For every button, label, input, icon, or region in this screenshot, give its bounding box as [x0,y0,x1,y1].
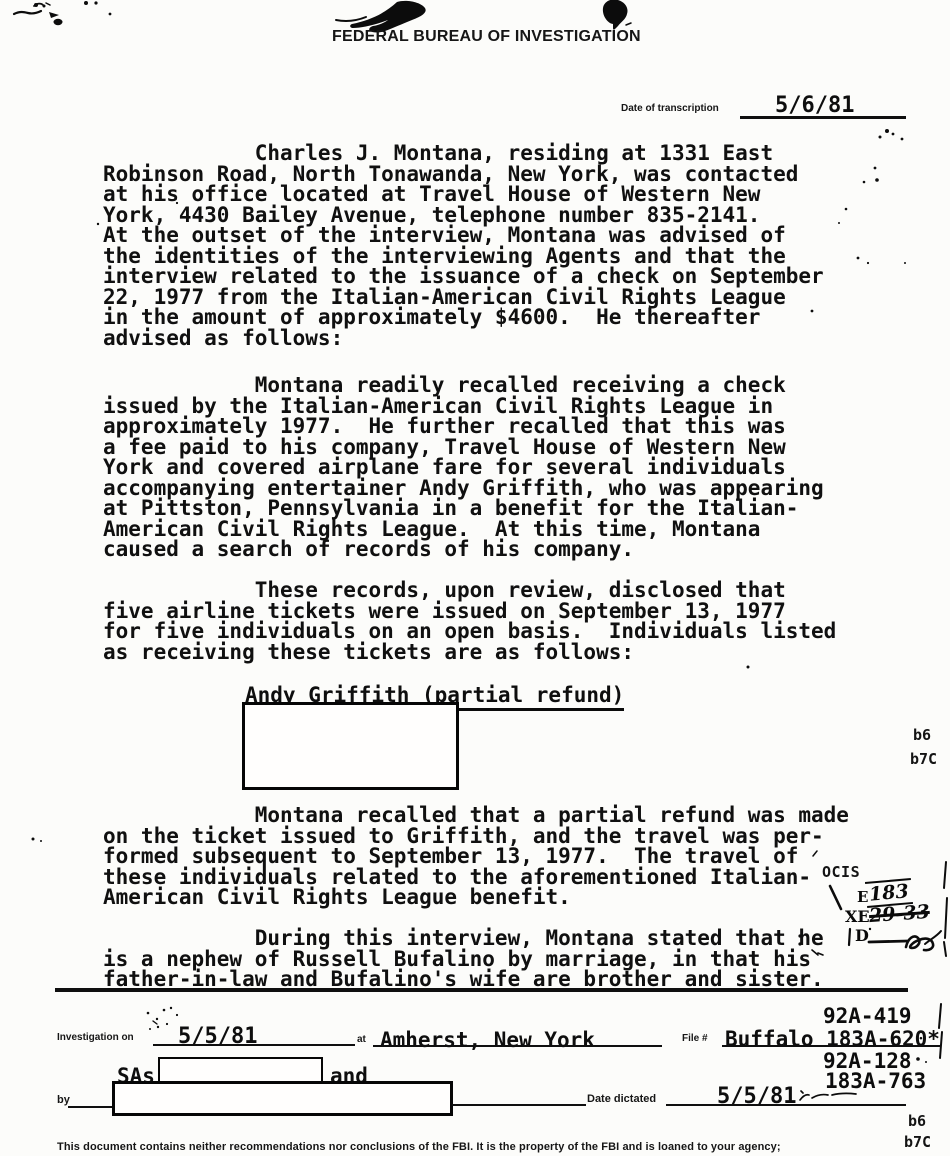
file-number-value: Buffalo 183A-620* [725,1027,940,1051]
transcription-field-underline [740,116,906,119]
date-dictated-underline [666,1104,906,1106]
by-label: by [57,1094,70,1106]
paragraph-bufalino-relation: During this interview, Montana stated th… [103,928,824,990]
exemption-code-b6-lower: b6 [908,1112,926,1130]
exemption-code-b7c-upper: b7C [910,750,937,768]
exemption-code-b6-upper: b6 [913,726,931,744]
paragraph-partial-refund: Montana recalled that a partial refund w… [103,805,849,908]
file-number-92a-419: 92A-419 [823,1004,912,1028]
paragraph-interview-intro: Charles J. Montana, residing at 1331 Eas… [103,143,824,348]
paragraph-check-recalled: Montana readily recalled receiving a che… [103,375,824,560]
handwritten-prefix-d: D [855,926,869,945]
at-label: at [357,1034,366,1045]
investigation-location-value: Amherst, New York [380,1028,595,1052]
date-of-transcription-label: Date of transcription [621,103,719,114]
footer-divider-rule [55,988,908,992]
agency-header-title: FEDERAL BUREAU OF INVESTIGATION [332,28,641,46]
ocis-stamp: OCIS [822,863,860,881]
handwritten-number-29-33: 29-33 [868,901,930,927]
by-field-underline-continuation [452,1104,586,1106]
file-number-183a-763: 183A-763 [825,1069,926,1093]
file-field-underline [722,1045,941,1047]
redaction-box-agent-1 [158,1057,323,1083]
footer-disclaimer: This document contains neither recommend… [57,1141,781,1153]
redaction-box-names [242,702,459,790]
paragraph-tickets-issued: These records, upon review, disclosed th… [103,580,836,662]
date-dictated-label: Date dictated [587,1093,656,1105]
file-number-label: File # [682,1033,708,1044]
by-field-underline [68,1106,112,1108]
fd302-document-page: FEDERAL BUREAU OF INVESTIGATION Date of … [0,0,950,1156]
investigation-on-label: Investigation on [57,1032,134,1043]
date-of-transcription-value: 5/6/81 [775,93,854,118]
handwritten-prefix-xe: XE [845,907,870,926]
investigation-field-underline [153,1044,355,1046]
exemption-code-b7c-lower: b7C [904,1133,931,1151]
location-field-underline [373,1045,662,1047]
redaction-box-agent-2 [112,1081,453,1116]
